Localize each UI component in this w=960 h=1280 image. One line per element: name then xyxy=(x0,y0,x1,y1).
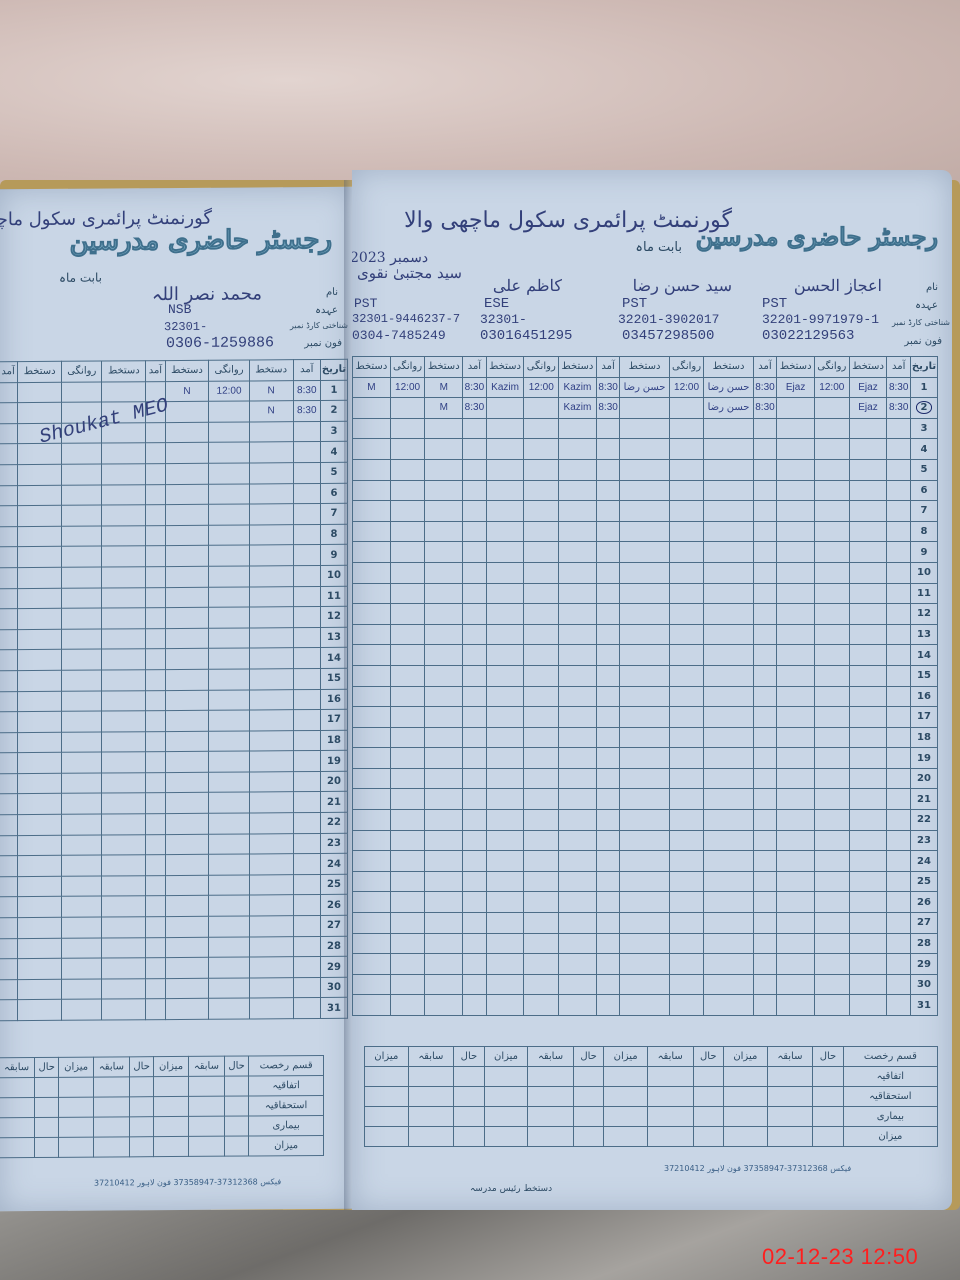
teacher2-designation: PST xyxy=(622,296,647,312)
date-27: 27 xyxy=(911,913,938,934)
t4-day2-arrival: 8:30 xyxy=(463,398,487,419)
teacher4-cnic: 32301-9446237-7 xyxy=(352,312,460,326)
head-signature-label: دستخط رئیس مدرسہ xyxy=(470,1184,552,1194)
t3-day1-signin: Kazim xyxy=(559,377,597,398)
date-6: 6 xyxy=(911,480,938,501)
date-24: 24 xyxy=(911,851,938,872)
col-arrival: آمد xyxy=(146,361,165,382)
date-3: 3 xyxy=(911,418,938,439)
col-arrival: آمد xyxy=(293,359,320,380)
school-name-left: گورنمنٹ پرائمری سکول ماچھی والا xyxy=(0,208,212,231)
col-arrival: آمد xyxy=(753,357,777,378)
teacher3-cnic: 32301- xyxy=(480,312,527,327)
date-18: 18 xyxy=(911,727,938,748)
t4-day1-arrival: 8:30 xyxy=(463,377,487,398)
day1-signin-left: N xyxy=(249,380,293,401)
attendance-grid-left: آمد دستخط روانگی دستخط آمد دستخط روانگی … xyxy=(0,359,348,1021)
col-previous: سابقہ xyxy=(0,1057,35,1077)
teacher4-designation: PST xyxy=(354,296,377,311)
date-15: 15 xyxy=(911,665,938,686)
t2-day2-signin: حسن رضا xyxy=(704,398,753,419)
t2-day1-departure: 12:00 xyxy=(669,377,704,398)
day2-arrival-left: 8:30 xyxy=(293,401,320,422)
day1-arrival-left: 8:30 xyxy=(293,380,320,401)
col-arrival: آمد xyxy=(463,357,487,378)
t2-day1-arrival: 8:30 xyxy=(753,377,777,398)
date-19: 19 xyxy=(911,748,938,769)
date-12: 12 xyxy=(911,604,938,625)
teacher3-designation: ESE xyxy=(484,296,509,312)
teacher2-name: سید حسن رضا xyxy=(633,276,732,295)
col-signature: دستخط xyxy=(849,357,887,378)
leave-total: میزان xyxy=(249,1135,324,1156)
label-phone: فون نمبر xyxy=(904,336,942,347)
t4-day1-signin: M xyxy=(425,377,463,398)
teacher-designation-left: NSB xyxy=(168,302,191,317)
leave-type-header: قسم رخصت xyxy=(843,1047,937,1067)
teacher2-phone: 03457298500 xyxy=(622,328,714,344)
teacher1-designation: PST xyxy=(762,296,787,312)
t4-day2-signin: M xyxy=(425,398,463,419)
left-page: رجسٹر حاضری مدرسین گورنمنٹ پرائمری سکول … xyxy=(0,187,352,1211)
t3-day2-signin: Kazim xyxy=(559,398,597,419)
label-phone: فون نمبر xyxy=(304,338,342,349)
col-signature: دستخط xyxy=(102,361,146,382)
date-26: 26 xyxy=(911,892,938,913)
t3-day2-arrival: 8:30 xyxy=(596,398,620,419)
teacher1-phone: 03022129563 xyxy=(762,328,854,344)
t1-day2-signin: Ejaz xyxy=(849,398,887,419)
date-31: 31 xyxy=(911,995,938,1016)
col-arrival: آمد xyxy=(0,362,18,383)
day2-signin-left: N xyxy=(249,401,293,422)
col-total: میزان xyxy=(154,1056,189,1076)
col-arrival: آمد xyxy=(887,357,911,378)
label-name: نام xyxy=(926,282,938,293)
col-current: حال xyxy=(35,1057,59,1077)
col-signature: دستخط xyxy=(18,361,62,382)
col-departure: روانگی xyxy=(524,357,559,378)
leave-sick: بیماری xyxy=(249,1115,324,1136)
school-name-right: گورنمنٹ پرائمری سکول ماچھی والا xyxy=(404,208,732,233)
col-departure: روانگی xyxy=(390,357,425,378)
day1-signout-left: N xyxy=(165,381,209,402)
col-current: حال xyxy=(813,1047,844,1067)
teacher-phone-left: 0306-1259886 xyxy=(166,334,274,352)
col-total: میزان xyxy=(604,1047,648,1067)
date-13: 13 xyxy=(911,624,938,645)
date-17: 17 xyxy=(911,707,938,728)
month-label-right: بابت ماہ xyxy=(635,240,682,255)
date-7: 7 xyxy=(911,501,938,522)
col-departure: روانگی xyxy=(62,361,102,382)
col-departure: روانگی xyxy=(815,357,850,378)
date-5: 5 xyxy=(911,459,938,480)
leave-type-header: قسم رخصت xyxy=(249,1055,324,1076)
col-departure: روانگی xyxy=(209,360,249,381)
date-22: 22 xyxy=(911,810,938,831)
t1-day1-signout: Ejaz xyxy=(777,377,815,398)
printer-footer-left: 37210412 فیکس 37312368-37358947 فون لاہو… xyxy=(94,1177,281,1187)
col-signature: دستخط xyxy=(777,357,815,378)
t3-day1-arrival: 8:30 xyxy=(596,377,620,398)
printed-title-right: رجسٹر حاضری مدرسین xyxy=(696,222,938,251)
t3-day1-signout: Kazim xyxy=(486,377,524,398)
col-signature: دستخط xyxy=(249,360,293,381)
col-total: میزان xyxy=(724,1047,768,1067)
col-current: حال xyxy=(573,1047,604,1067)
photo-timestamp: 02-12-23 12:50 xyxy=(762,1244,918,1270)
date-30: 30 xyxy=(911,974,938,995)
date-8: 8 xyxy=(911,521,938,542)
t1-day1-departure: 12:00 xyxy=(815,377,850,398)
leave-casual: اتفاقیہ xyxy=(843,1067,937,1087)
label-cnic: شناختی کارڈ نمبر xyxy=(290,321,348,330)
col-previous: سابقہ xyxy=(647,1047,693,1067)
date-14: 14 xyxy=(911,645,938,666)
col-signature: دستخط xyxy=(704,357,753,378)
t4-day1-departure: 12:00 xyxy=(390,377,425,398)
leave-sick: بیماری xyxy=(843,1107,937,1127)
date-9: 9 xyxy=(911,542,938,563)
date-11: 11 xyxy=(911,583,938,604)
date-20: 20 xyxy=(911,768,938,789)
col-signature: دستخط xyxy=(559,357,597,378)
label-name: نام xyxy=(326,287,338,298)
label-designation: عہدہ xyxy=(315,305,338,316)
leave-casual: اتفاقیہ xyxy=(249,1075,324,1096)
t1-day1-signin: Ejaz xyxy=(849,377,887,398)
date-16: 16 xyxy=(911,686,938,707)
col-total: میزان xyxy=(365,1047,409,1067)
t2-day1-signout: حسن رضا xyxy=(620,377,669,398)
teacher1-cnic: 32201-9971979-1 xyxy=(762,312,879,327)
teacher3-name: کاظم علی xyxy=(493,276,562,295)
leave-total: میزان xyxy=(843,1127,937,1147)
attendance-grid-right: دستخط روانگی دستخط آمد دستخط روانگی دستخ… xyxy=(352,356,938,1016)
date-29: 29 xyxy=(911,954,938,975)
t2-day1-signin: حسن رضا xyxy=(704,377,753,398)
col-signature: دستخط xyxy=(425,357,463,378)
date-1: 1 xyxy=(911,377,938,398)
col-departure: روانگی xyxy=(669,357,704,378)
col-signature: دستخط xyxy=(486,357,524,378)
date-10: 10 xyxy=(911,562,938,583)
col-current: حال xyxy=(130,1057,154,1077)
t4-day1-signout: M xyxy=(353,377,391,398)
date-2-circled: 2 xyxy=(916,401,933,414)
col-previous: سابقہ xyxy=(188,1056,224,1076)
col-current: حال xyxy=(693,1047,724,1067)
t1-day1-arrival: 8:30 xyxy=(887,377,911,398)
date-25: 25 xyxy=(911,871,938,892)
col-current: حال xyxy=(224,1056,248,1076)
t2-day2-arrival: 8:30 xyxy=(753,398,777,419)
col-signature: دستخط xyxy=(165,360,209,381)
col-previous: سابقہ xyxy=(767,1047,813,1067)
date-28: 28 xyxy=(911,933,938,954)
teacher2-cnic: 32201-3902017 xyxy=(618,312,719,327)
date-23: 23 xyxy=(911,830,938,851)
col-date: تاریخ xyxy=(911,357,938,378)
label-designation: عہدہ xyxy=(915,300,938,311)
teacher1-name: اعجاز الحسن xyxy=(794,276,882,295)
col-previous: سابقہ xyxy=(408,1047,454,1067)
printed-title-left: رجسٹر حاضری مدرسین xyxy=(70,225,332,257)
col-total: میزان xyxy=(484,1047,528,1067)
col-arrival: آمد xyxy=(596,357,620,378)
t1-day2-arrival: 8:30 xyxy=(887,398,911,419)
teacher4-phone: 0304-7485249 xyxy=(352,328,446,343)
leave-summary-left: سابقہ حال میزان سابقہ حال میزان سابقہ حا… xyxy=(0,1055,324,1158)
leave-summary-right: میزان سابقہ حال میزان سابقہ حال میزان سا… xyxy=(364,1046,938,1147)
date-21: 21 xyxy=(911,789,938,810)
leave-earned: استحقاقیہ xyxy=(843,1087,937,1107)
leave-earned: استحقاقیہ xyxy=(249,1095,324,1116)
right-page: رجسٹر حاضری مدرسین گورنمنٹ پرائمری سکول … xyxy=(352,170,952,1210)
col-signature: دستخط xyxy=(620,357,669,378)
teacher-cnic-left: 32301- xyxy=(164,320,207,334)
date-4: 4 xyxy=(911,439,938,460)
printer-footer-right: 37210412 فیکس 37312368-37358947 فون لاہو… xyxy=(664,1164,851,1173)
col-signature: دستخط xyxy=(353,357,391,378)
month-label-left: بابت ماہ xyxy=(59,271,102,285)
label-cnic: شناختی کارڈ نمبر xyxy=(892,318,950,327)
t3-day1-departure: 12:00 xyxy=(524,377,559,398)
col-previous: سابقہ xyxy=(528,1047,574,1067)
day1-departure-left: 12:00 xyxy=(209,381,249,402)
col-total: میزان xyxy=(59,1057,94,1077)
col-current: حال xyxy=(454,1047,485,1067)
teacher3-phone: 03016451295 xyxy=(480,328,572,344)
col-previous: سابقہ xyxy=(93,1057,129,1077)
teacher4-name: سید مجتبیٰ نقوی xyxy=(357,264,462,282)
